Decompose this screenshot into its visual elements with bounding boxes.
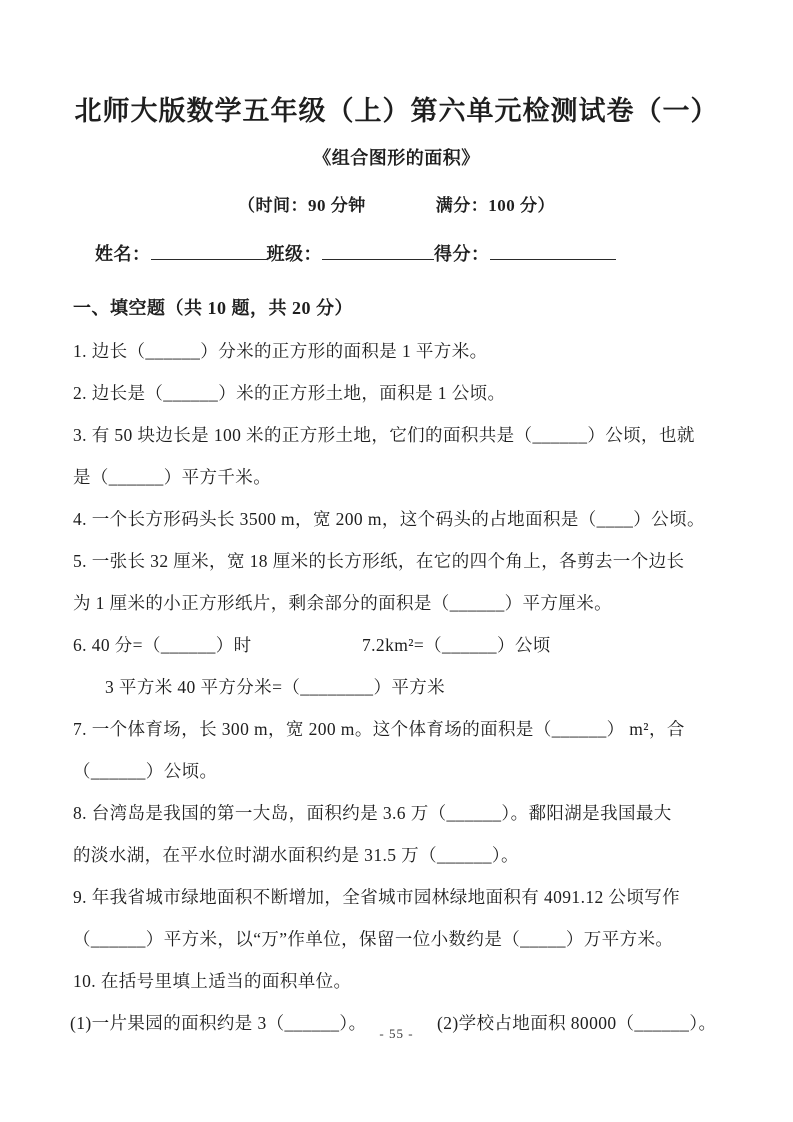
page-title: 北师大版数学五年级（上）第六单元检测试卷（一） [36,92,757,130]
class-blank [322,244,434,260]
question-9-line-1: 9. 年我省城市绿地面积不断增加，全省城市园林绿地面积有 4091.12 公顷写… [73,876,793,918]
question-7-line-2: （______）公顷。 [73,750,793,792]
question-5-line-2: 为 1 厘米的小正方形纸片，剩余部分的面积是（______）平方厘米。 [73,582,793,624]
score-label: 得分： [434,244,490,264]
class-label: 班级： [267,244,323,264]
question-9-line-2: （______）平方米，以“万”作单位，保留一位小数约是（_____）万平方米。 [73,918,793,960]
section-heading-fill-blank: 一、填空题（共 10 题，共 20 分） [73,294,793,320]
question-5-line-1: 5. 一张长 32 厘米，宽 18 厘米的长方形纸，在它的四个角上，各剪去一个边… [73,540,793,582]
exam-time-score-line: （时间：90 分钟 满分：100 分） [0,191,793,216]
question-8-line-2: 的淡水湖，在平水位时湖水面积约是 31.5 万（______）。 [73,834,793,876]
question-6-line-1: 6. 40 分=（______）时 7.2km²=（______）公顷 [73,624,793,666]
question-2: 2. 边长是（______）米的正方形土地，面积是 1 公顷。 [73,372,793,414]
question-6-part-b: 7.2km²=（______）公顷 [362,624,551,666]
student-info-row: 姓名：班级：得分： [95,240,793,266]
question-6-line-2: 3 平方米 40 平方分米=（________）平方米 [105,666,793,708]
page-subtitle: 《组合图形的面积》 [0,144,793,170]
question-list: 1. 边长（______）分米的正方形的面积是 1 平方米。 2. 边长是（__… [0,330,793,1044]
question-4: 4. 一个长方形码头长 3500 m，宽 200 m，这个码头的占地面积是（__… [73,498,793,540]
question-7-line-1: 7. 一个体育场，长 300 m，宽 200 m。这个体育场的面积是（_____… [73,708,793,750]
question-3-line-2: 是（______）平方千米。 [73,456,793,498]
question-10: 10. 在括号里填上适当的面积单位。 [73,960,793,1002]
question-1: 1. 边长（______）分米的正方形的面积是 1 平方米。 [73,330,793,372]
name-blank [151,244,267,260]
score-blank [490,244,616,260]
question-6-part-a: 6. 40 分=（______）时 [73,635,252,655]
name-label: 姓名： [95,244,151,264]
question-8-line-1: 8. 台湾岛是我国的第一大岛，面积约是 3.6 万（______）。鄱阳湖是我国… [73,792,793,834]
page-number: - 55 - [0,1026,793,1042]
exam-page: 北师大版数学五年级（上）第六单元检测试卷（一） 《组合图形的面积》 （时间：90… [0,0,793,1122]
question-3-line-1: 3. 有 50 块边长是 100 米的正方形土地，它们的面积共是（______）… [73,414,793,456]
